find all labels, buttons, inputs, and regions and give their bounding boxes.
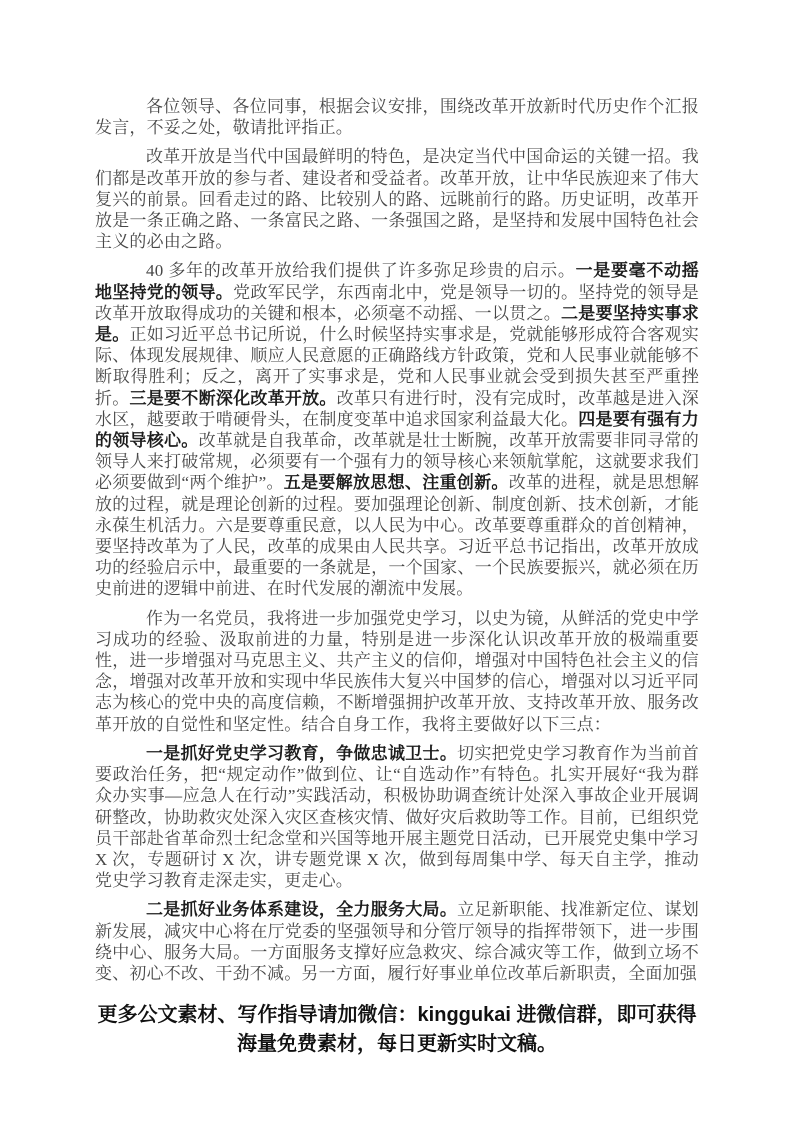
footer-line: 海量免费素材，每日更新实时文稿。 — [95, 1030, 699, 1059]
paragraph: 40 多年的改革开放给我们提供了许多弥足珍贵的启示。一是要毫不动摇地坚持党的领导… — [95, 260, 699, 599]
bold-run: 五是要解放思想、注重创新。 — [284, 473, 509, 492]
text-run: 作为一名党员，我将进一步加强党史学习，以史为镜，从鲜活的党史中学习成功的经验、汲… — [95, 609, 699, 734]
promo-footer: 更多公文素材、写作指导请加微信：kinggukai 进微信群，即可获得海量免费素… — [95, 1001, 699, 1059]
text-run: 各位领导、各位同事，根据会议安排，围绕改革开放新时代历史作个汇报发言，不妥之处，… — [95, 97, 699, 137]
text-run: 改革开放是当代中国最鲜明的特色，是决定当代中国命运的关键一招。我们都是改革开放的… — [95, 147, 699, 251]
document-body: 各位领导、各位同事，根据会议安排，围绕改革开放新时代历史作个汇报发言，不妥之处，… — [95, 96, 699, 992]
text-run: 40 多年的改革开放给我们提供了许多弥足珍贵的启示。 — [146, 261, 576, 280]
bold-run: 一是抓好党史学习教育，争做忠诚卫士。 — [146, 744, 457, 763]
paragraph: 各位领导、各位同事，根据会议安排，围绕改革开放新时代历史作个汇报发言，不妥之处，… — [95, 96, 699, 138]
document-page: 各位领导、各位同事，根据会议安排，围绕改革开放新时代历史作个汇报发言，不妥之处，… — [0, 0, 793, 1122]
bold-run: 三是要不断深化改革开放。 — [130, 389, 337, 408]
paragraph: 一是抓好党史学习教育，争做忠诚卫士。切实把党史学习教育作为当前首要政治任务，把“… — [95, 743, 699, 891]
paragraph: 二是抓好业务体系建设，全力服务大局。立足新职能、找准新定位、谋划新发展，减灾中心… — [95, 899, 699, 984]
paragraph: 改革开放是当代中国最鲜明的特色，是决定当代中国命运的关键一招。我们都是改革开放的… — [95, 146, 699, 252]
text-run: 切实把党史学习教育作为当前首要政治任务，把“规定动作”做到位、让“自选动作”有特… — [95, 744, 699, 890]
footer-line: 更多公文素材、写作指导请加微信：kinggukai 进微信群，即可获得 — [95, 1001, 699, 1030]
paragraph: 作为一名党员，我将进一步加强党史学习，以史为镜，从鲜活的党史中学习成功的经验、汲… — [95, 608, 699, 735]
bold-run: 二是抓好业务体系建设，全力服务大局。 — [146, 900, 457, 919]
